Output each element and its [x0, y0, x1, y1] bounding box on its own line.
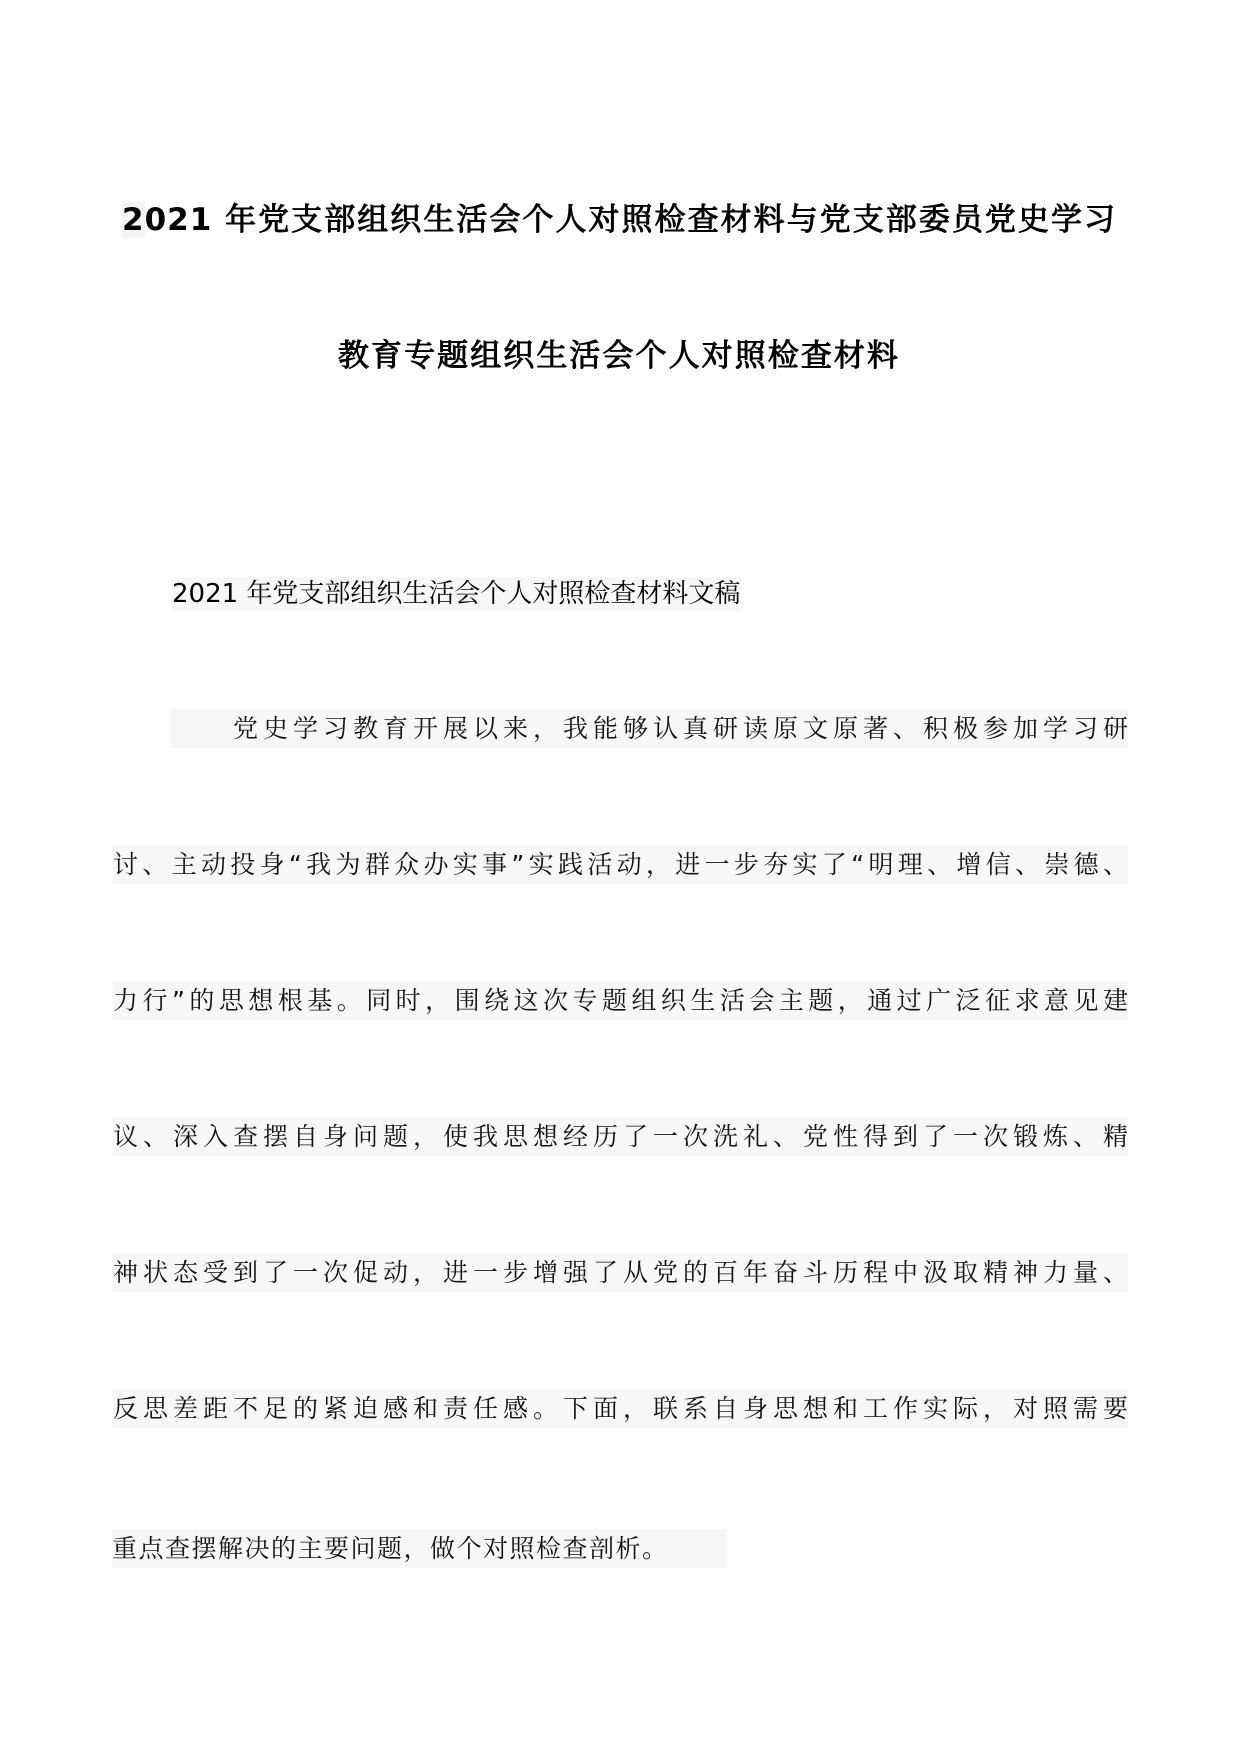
document-title-line-2: 教育专题组织生活会个人对照检查材料: [338, 338, 899, 374]
title-highlight-char: 2: [122, 202, 145, 238]
paragraph-line: 讨、主动投身“我为群众办实事”实践活动，进一步夯实了“明理、增信、崇德、: [113, 845, 1128, 884]
paragraph-line: 重点查摆解决的主要问题，做个对照检查剖析。: [112, 1529, 727, 1568]
document-title-line-1: 2021 年党支部组织生活会个人对照检查材料与党支部委员党史学习: [122, 202, 1116, 238]
paragraph-line: 议、深入查摆自身问题，使我思想经历了一次洗礼、党性得到了一次锻炼、精: [113, 1117, 1128, 1156]
paragraph-line: 力行”的思想根基。同时，围绕这次专题组织生活会主题，通过广泛征求意见建: [113, 981, 1128, 1020]
title-line-1-text: 021 年党支部组织生活会个人对照检查材料与党支部委员党史学习: [145, 202, 1116, 238]
paragraph-line: 反思差距不足的紧迫感和责任感。下面，联系自身思想和工作实际，对照需要: [113, 1389, 1128, 1428]
paragraph-line-text: 党史学习教育开展以来，我能够认真研读原文原著、积极参加学习研: [233, 709, 1128, 748]
paragraph-line: 神状态受到了一次促动，进一步增强了从党的百年奋斗历程中汲取精神力量、: [113, 1253, 1128, 1292]
document-subtitle: 2021 年党支部组织生活会个人对照检查材料文稿: [172, 577, 742, 611]
paragraph-line: 党史学习教育开展以来，我能够认真研读原文原著、积极参加学习研: [170, 709, 1128, 748]
